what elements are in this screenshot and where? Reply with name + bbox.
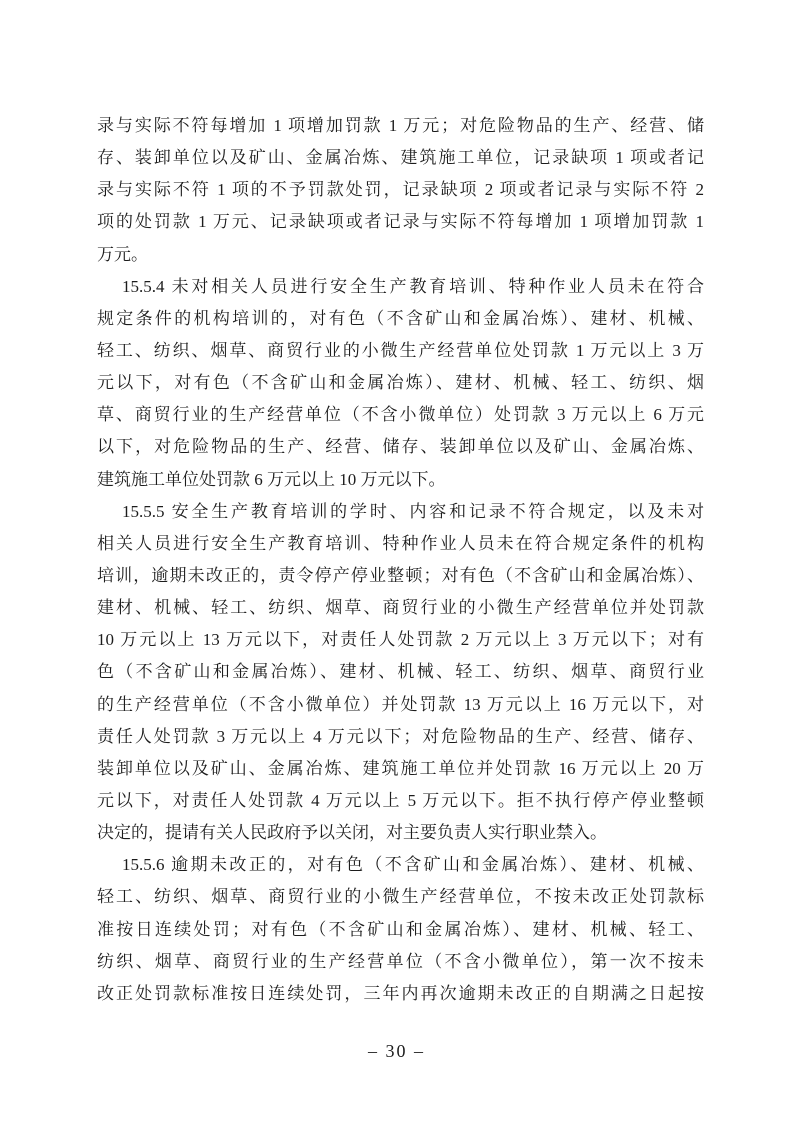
text-line: 15.5.6 逾期未改正的，对有色（不含矿山和金属冶炼）、建材、机械、 <box>97 849 704 881</box>
text-line: 轻工、纺织、烟草、商贸行业的小微生产经营单位，不按未改正处罚款标 <box>97 881 704 913</box>
text-line: 录与实际不符 1 项的不予罚款处罚，记录缺项 2 项或者记录与实际不符 2 <box>97 174 704 206</box>
text-line: 元以下，对责任人处罚款 4 万元以上 5 万元以下。拒不执行停产停业整顿 <box>97 785 704 817</box>
text-line: 万元。 <box>97 239 704 271</box>
text-line: 培训，逾期未改正的，责令停产停业整顿；对有色（不含矿山和金属冶炼）、 <box>97 560 704 592</box>
page-number: – 30 – <box>0 1038 793 1064</box>
text-line: 草、商贸行业的生产经营单位（不含小微单位）处罚款 3 万元以上 6 万元 <box>97 399 704 431</box>
text-line: 轻工、纺织、烟草、商贸行业的小微生产经营单位处罚款 1 万元以上 3 万 <box>97 335 704 367</box>
text-line: 存、装卸单位以及矿山、金属冶炼、建筑施工单位，记录缺项 1 项或者记 <box>97 142 704 174</box>
text-line: 10 万元以上 13 万元以下，对责任人处罚款 2 万元以上 3 万元以下；对有 <box>97 624 704 656</box>
text-line: 的生产经营单位（不含小微单位）并处罚款 13 万元以上 16 万元以下，对 <box>97 689 704 721</box>
text-line: 装卸单位以及矿山、金属冶炼、建筑施工单位并处罚款 16 万元以上 20 万 <box>97 753 704 785</box>
text-line: 15.5.4 未对相关人员进行安全生产教育培训、特种作业人员未在符合 <box>97 271 704 303</box>
text-line: 相关人员进行安全生产教育培训、特种作业人员未在符合规定条件的机构 <box>97 528 704 560</box>
text-line: 决定的，提请有关人民政府予以关闭，对主要负责人实行职业禁入。 <box>97 817 704 849</box>
text-line: 准按日连续处罚；对有色（不含矿山和金属冶炼）、建材、机械、轻工、 <box>97 914 704 946</box>
text-line: 元以下，对有色（不含矿山和金属冶炼）、建材、机械、轻工、纺织、烟 <box>97 367 704 399</box>
text-line: 规定条件的机构培训的，对有色（不含矿山和金属冶炼）、建材、机械、 <box>97 303 704 335</box>
text-line: 以下，对危险物品的生产、经营、储存、装卸单位以及矿山、金属冶炼、 <box>97 431 704 463</box>
document-body: 录与实际不符每增加 1 项增加罚款 1 万元；对危险物品的生产、经营、储存、装卸… <box>97 110 704 1010</box>
text-line: 改正处罚款标准按日连续处罚，三年内再次逾期未改正的自期满之日起按 <box>97 978 704 1010</box>
text-line: 纺织、烟草、商贸行业的生产经营单位（不含小微单位），第一次不按未 <box>97 946 704 978</box>
document-page: 录与实际不符每增加 1 项增加罚款 1 万元；对危险物品的生产、经营、储存、装卸… <box>0 0 793 1122</box>
text-line: 建材、机械、轻工、纺织、烟草、商贸行业的小微生产经营单位并处罚款 <box>97 592 704 624</box>
text-line: 15.5.5 安全生产教育培训的学时、内容和记录不符合规定，以及未对 <box>97 496 704 528</box>
text-line: 项的处罚款 1 万元、记录缺项或者记录与实际不符每增加 1 项增加罚款 1 <box>97 206 704 238</box>
text-line: 色（不含矿山和金属冶炼）、建材、机械、轻工、纺织、烟草、商贸行业 <box>97 656 704 688</box>
text-line: 建筑施工单位处罚款 6 万元以上 10 万元以下。 <box>97 464 704 496</box>
text-line: 录与实际不符每增加 1 项增加罚款 1 万元；对危险物品的生产、经营、储 <box>97 110 704 142</box>
text-line: 责任人处罚款 3 万元以上 4 万元以下；对危险物品的生产、经营、储存、 <box>97 721 704 753</box>
